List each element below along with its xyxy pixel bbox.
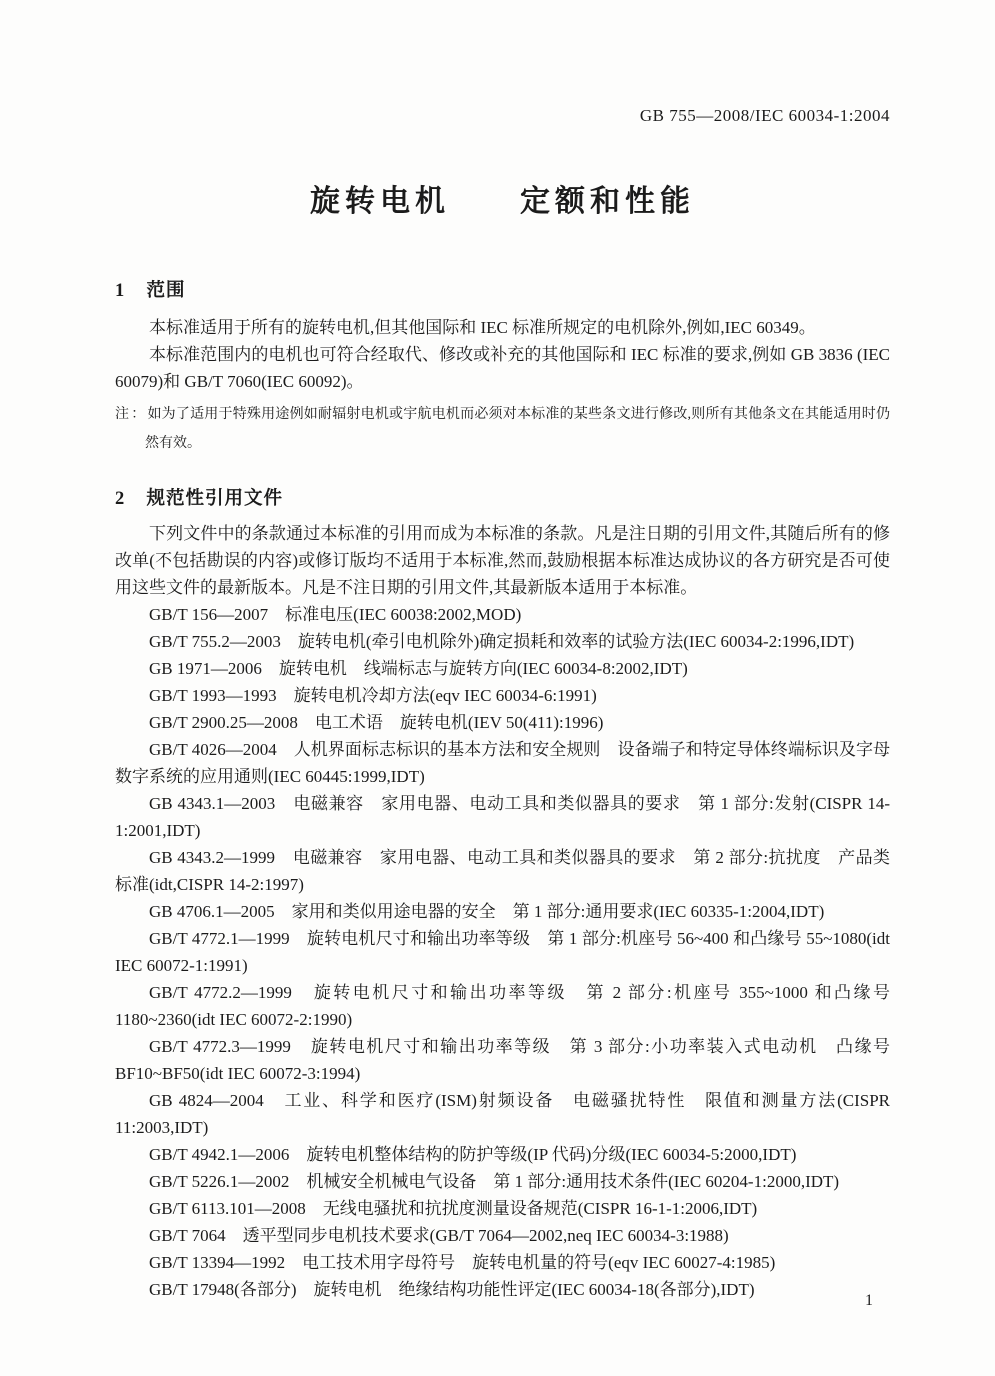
section-2-number: 2	[115, 489, 125, 510]
reference-item: GB/T 755.2—2003 旋转电机(牵引电机除外)确定损耗和效率的试验方法…	[115, 628, 890, 655]
reference-item: GB 4706.1—2005 家用和类似用途电器的安全 第 1 部分:通用要求(…	[115, 898, 890, 925]
reference-item: GB/T 2900.25—2008 电工术语 旋转电机(IEV 50(411):…	[115, 709, 890, 736]
reference-item: GB/T 156—2007 标准电压(IEC 60038:2002,MOD)	[115, 601, 890, 628]
reference-item: GB/T 4772.1—1999 旋转电机尺寸和输出功率等级 第 1 部分:机座…	[115, 925, 890, 979]
reference-item: GB/T 4026—2004 人机界面标志标识的基本方法和安全规则 设备端子和特…	[115, 736, 890, 790]
section-1-number: 1	[115, 281, 125, 302]
section-2-title: 规范性引用文件	[147, 489, 284, 509]
reference-item: GB 1971—2006 旋转电机 线端标志与旋转方向(IEC 60034-8:…	[115, 655, 890, 682]
reference-item: GB/T 13394—1992 电工技术用字母符号 旋转电机量的符号(eqv I…	[115, 1249, 890, 1276]
section-scope: 1范围 本标准适用于所有的旋转电机,但其他国际和 IEC 标准所规定的电机除外,…	[115, 276, 890, 458]
scope-paragraph: 本标准适用于所有的旋转电机,但其他国际和 IEC 标准所规定的电机除外,例如,I…	[115, 314, 890, 341]
references-intro: 下列文件中的条款通过本标准的引用而成为本标准的条款。凡是注日期的引用文件,其随后…	[115, 520, 890, 601]
scope-note: 注：如为了适用于特殊用途例如耐辐射电机或宇航电机而必须对本标准的某些条文进行修改…	[115, 400, 890, 458]
scope-paragraph: 本标准范围内的电机也可符合经取代、修改或补充的其他国际和 IEC 标准的要求,例…	[115, 341, 890, 395]
reference-item: GB/T 4772.3—1999 旋转电机尺寸和输出功率等级 第 3 部分:小功…	[115, 1033, 890, 1087]
reference-item: GB/T 4942.1—2006 旋转电机整体结构的防护等级(IP 代码)分级(…	[115, 1141, 890, 1168]
document-title: 旋转电机 定额和性能	[115, 176, 890, 220]
standard-code-header: GB 755—2008/IEC 60034-1:2004	[115, 106, 890, 126]
reference-item: GB/T 1993—1993 旋转电机冷却方法(eqv IEC 60034-6:…	[115, 682, 890, 709]
section-2-heading: 2规范性引用文件	[115, 484, 890, 510]
section-1-heading: 1范围	[115, 276, 890, 302]
reference-item: GB/T 6113.101—2008 无线电骚扰和抗扰度测量设备规范(CISPR…	[115, 1195, 890, 1222]
reference-item: GB 4343.2—1999 电磁兼容 家用电器、电动工具和类似器具的要求 第 …	[115, 844, 890, 898]
reference-item: GB 4343.1—2003 电磁兼容 家用电器、电动工具和类似器具的要求 第 …	[115, 790, 890, 844]
reference-item: GB 4824—2004 工业、科学和医疗(ISM)射频设备 电磁骚扰特性 限值…	[115, 1087, 890, 1141]
section-1-title: 范围	[147, 281, 186, 301]
document-page: GB 755—2008/IEC 60034-1:2004 旋转电机 定额和性能 …	[0, 0, 995, 1376]
section-normative-references: 2规范性引用文件 下列文件中的条款通过本标准的引用而成为本标准的条款。凡是注日期…	[115, 484, 890, 1303]
page-number: 1	[865, 1292, 873, 1310]
reference-item: GB/T 7064 透平型同步电机技术要求(GB/T 7064—2002,neq…	[115, 1222, 890, 1249]
reference-item: GB/T 4772.2—1999 旋转电机尺寸和输出功率等级 第 2 部分:机座…	[115, 979, 890, 1033]
reference-item: GB/T 17948(各部分) 旋转电机 绝缘结构功能性评定(IEC 60034…	[115, 1276, 890, 1303]
note-text: 如为了适用于特殊用途例如耐辐射电机或宇航电机而必须对本标准的某些条文进行修改,则…	[145, 407, 890, 451]
reference-item: GB/T 5226.1—2002 机械安全机械电气设备 第 1 部分:通用技术条…	[115, 1168, 890, 1195]
note-label: 注：	[115, 407, 147, 422]
